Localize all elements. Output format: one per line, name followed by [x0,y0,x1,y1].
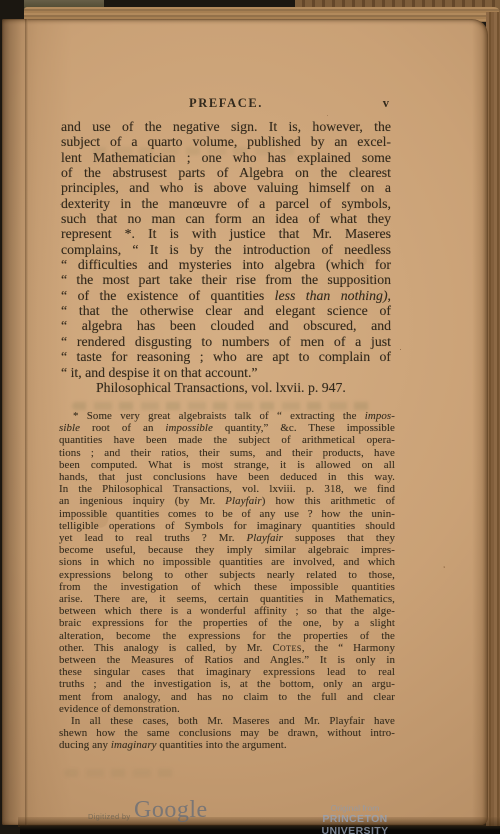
footnote-text-line: these singular cases that imaginary expr… [59,666,395,678]
body-text-line: “ that the otherwise clear and elegant s… [61,303,391,318]
footnote-text-line: ducing any imaginary quantities into the… [59,739,395,751]
google-logo-watermark: Google [134,797,208,824]
body-text-line: of the abstrusest parts of Algebra on th… [61,165,391,180]
footnote-text-line: other. This analogy is called, by Mr. Co… [59,642,395,654]
page-curl-shadow [472,19,488,825]
footnote-text-line: In all these cases, both Mr. Maseres and… [59,715,395,727]
page-surface: PREFACE. v and use of the negative sign.… [2,19,488,825]
footnote-text-line: been computed. What is most strange, it … [59,459,395,471]
footnote-text-line: truths ; and the investigation is, at th… [59,678,395,690]
body-text-line: principles, and who is above valuing him… [61,180,391,195]
footnote-text-line: alteration, become the expressions for t… [59,630,395,642]
body-text-line: Philosophical Transactions, vol. lxvii. … [61,380,391,395]
page-title: PREFACE. [61,96,391,111]
page-fold-crease [25,19,28,825]
footnote-text-line: sions in which no impossible quantities … [59,556,395,568]
body-text-line: lent Mathematician ; one who has explain… [61,150,391,165]
footnote-text-line: sible root of an impossible quantity,” &… [59,422,395,434]
running-head: PREFACE. v [61,96,391,112]
body-text-line: “ of the existence of quantities less th… [61,288,391,303]
footnote-text-line: from the investigation of which these im… [59,581,395,593]
footnote-text-line: hands, that just conclusions have been d… [59,471,395,483]
book-bottom-shadow-band [20,826,500,834]
digitized-by-label: Digitized by [88,812,130,821]
institution-watermark: PRINCETON UNIVERSITY [288,813,422,834]
body-text-line: “ it, and despise it on that account.” [61,365,391,380]
footnote-text-line: evidence of demonstration. [59,703,395,715]
footnote-text-line: quantities have been made the subject of… [59,434,395,446]
body-text-line: “ algebra has been clouded and obscured,… [61,318,391,333]
footnote-text-line: tions ; and their ratios, their sums, an… [59,447,395,459]
body-text-line: complains, “ It is by the introduction o… [61,242,391,257]
footnote-text-line: become useful, because they imply simila… [59,544,395,556]
body-text-line: “ difficulties and mysteries into algebr… [61,257,391,272]
footnote-text-line: an ingenious inquiry (by Mr. Playfair) h… [59,495,395,507]
body-text-block: and use of the negative sign. It is, how… [61,119,391,395]
footnote-block: * Some very great algebraists talk of “ … [59,410,395,752]
body-text-line: “ the most part take their rise from the… [61,272,391,287]
body-text-line: “ taste for reasoning ; who are apt to c… [61,349,391,364]
footnote-text-line: between which there is a wonderful affin… [59,605,395,617]
footnote-text-line: telligible operations of Symbols for ima… [59,520,395,532]
page-showthrough [64,769,174,777]
footnote-text-line: expressions belong to other subjects nea… [59,569,395,581]
footnote-text-line: between the Measures of Ratios and Angle… [59,654,395,666]
footnote-text-line: shewn how the same conclusions may be dr… [59,727,395,739]
footnote-text-line: arise. There are, it seems, certain quan… [59,593,395,605]
footnote-text-line: ment from analogy, and has no claim to t… [59,691,395,703]
original-from-label: Original from [300,803,410,813]
page-showthrough [72,402,372,410]
book-right-page-edges [486,12,500,828]
body-text-line: dexterity in the manœuvre of a parcel of… [61,196,391,211]
body-text-line: “ rendered disgusting to numbers of men … [61,334,391,349]
body-text-line: subject of a quarto volume, published by… [61,134,391,149]
footnote-text-line: braic expressions for the properties of … [59,617,395,629]
footnote-text-line: In the Philosophical Transactions, vol. … [59,483,395,495]
scanned-book-page: PREFACE. v and use of the negative sign.… [0,0,500,834]
footnote-text-line: impossible quantities comes to be of any… [59,508,395,520]
folio-page-number: v [383,96,389,111]
footnote-text-line: yet lead to real truths ? Mr. Playfair s… [59,532,395,544]
body-text-line: represent *. It is with justice that Mr.… [61,226,391,241]
body-text-line: such that no man can form an idea of wha… [61,211,391,226]
body-text-line: and use of the negative sign. It is, how… [61,119,391,134]
footnote-text-line: * Some very great algebraists talk of “ … [59,410,395,422]
